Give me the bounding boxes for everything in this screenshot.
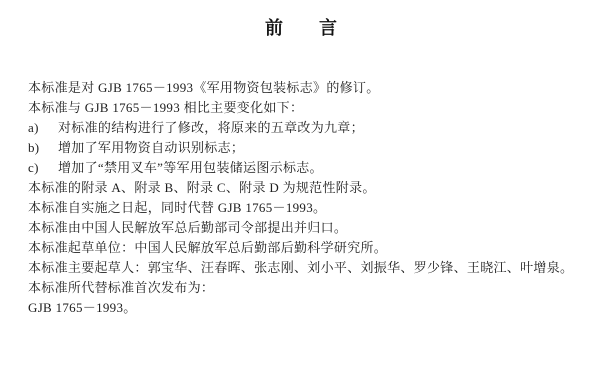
paragraph-first-issue-standard: GJB 1765－1993。: [28, 298, 598, 318]
list-item-b: b)增加了军用物资自动识别标志；: [28, 138, 598, 158]
list-item-label: c): [28, 158, 58, 178]
paragraph-drafters: 本标准主要起草人：郭宝华、汪春晖、张志刚、刘小平、刘振华、罗少锋、王晓江、叶增泉…: [28, 258, 598, 278]
paragraph-revision-note: 本标准是对 GJB 1765－1993《军用物资包装标志》的修订。: [28, 78, 598, 98]
list-item-text: 对标准的结构进行了修改，将原来的五章改为九章；: [58, 120, 364, 135]
list-item-a: a)对标准的结构进行了修改，将原来的五章改为九章；: [28, 118, 598, 138]
paragraph-proposing-org: 本标准由中国人民解放军总后勤部司令部提出并归口。: [28, 218, 598, 238]
page-title: 前 言: [0, 19, 602, 39]
list-item-text: 增加了“禁用叉车”等军用包装储运图示标志。: [58, 160, 323, 175]
list-item-text: 增加了军用物资自动识别标志；: [58, 140, 244, 155]
list-item-c: c)增加了“禁用叉车”等军用包装储运图示标志。: [28, 158, 598, 178]
document-page: 前 言 本标准是对 GJB 1765－1993《军用物资包装标志》的修订。 本标…: [0, 0, 602, 391]
paragraph-first-issue-intro: 本标准所代替标准首次发布为：: [28, 278, 598, 298]
paragraph-drafting-org: 本标准起草单位：中国人民解放军总后勤部后勤科学研究所。: [28, 238, 598, 258]
paragraph-replacement: 本标准自实施之日起，同时代替 GJB 1765－1993。: [28, 198, 598, 218]
list-item-label: a): [28, 118, 58, 138]
list-item-label: b): [28, 138, 58, 158]
document-body: 本标准是对 GJB 1765－1993《军用物资包装标志》的修订。 本标准与 G…: [28, 78, 598, 318]
paragraph-annexes: 本标准的附录 A、附录 B、附录 C、附录 D 为规范性附录。: [28, 178, 598, 198]
paragraph-changes-intro: 本标准与 GJB 1765－1993 相比主要变化如下：: [28, 98, 598, 118]
